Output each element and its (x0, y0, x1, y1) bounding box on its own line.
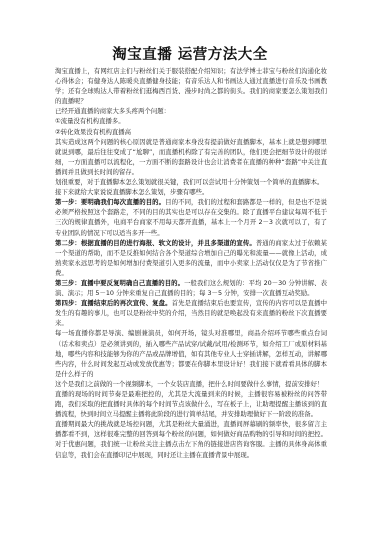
document-body: 淘宝直播上，有网红店主们与粉丝们关于服装搭配介绍知识；有法学博士菲宝与粉丝们沟通… (55, 66, 327, 460)
paragraph-problem-1: ①流量没有机构直播多。 (55, 116, 327, 126)
step-1-heading: 第一步：要明确我们每次直播的目的。 (55, 198, 165, 206)
paragraph-field-control: 直播期间最大的挑战就是场控问题，尤其是粉丝大量涌进，直播间屏幕刷的频率快，很多留… (55, 419, 327, 459)
step-4-heading: 第四步：直播结束后的再次宣传、复盘。 (55, 299, 172, 307)
paragraph-time-control: 直播的现场的时间节奏是最难把控的，尤其是大流量到来的时候，主播很容易被粉丝的问答… (55, 389, 327, 419)
paragraph-step-4: 第四步：直播结束后的再次宣传、复盘。首先是直播结束后也要宣传，宣传的内容可以是直… (55, 298, 327, 328)
paragraph-step-3: 第三步：直播中要反复明确自己直播的目的。一般我们这么规划的：平均 20－30 分… (55, 278, 327, 298)
step-3-heading: 第三步：直播中要反复明确自己直播的目的。 (55, 279, 184, 287)
paragraph-step-1: 第一步：要明确我们每次直播的目的。目的不同，我们的过程和套路都是一样的，但是也不… (55, 197, 327, 237)
paragraph-director: 每一场直播你都是导演、编剧兼演员，如何开场，镜头对准哪里，商品介绍环节哪些重点台… (55, 328, 327, 378)
paragraph-planning: 划很重要，对于直播脚本怎么策划就很关键，我们可以尝试用十分钟策划一个简单的直播脚… (55, 177, 327, 187)
paragraph-intro: 淘宝直播上，有网红店主们与粉丝们关于服装搭配介绍知识；有法学博士菲宝与粉丝们沟通… (55, 66, 327, 106)
paragraph-script-example: 这个是我们之前做的一个视频脚本，一个女装店直播，把什么时间要做什么事情，提前安排… (55, 379, 327, 389)
document-page: 淘宝直播 运营方法大全 淘宝直播上，有网红店主们与粉丝们关于服装搭配介绍知识；有… (0, 0, 380, 538)
paragraph-root-cause: 其实造成这两个问题的核心原因就是普通商家本身没有提前做好直播脚本，基本上就是想到… (55, 137, 327, 177)
document-title: 淘宝直播 运营方法大全 (0, 46, 380, 64)
paragraph-step-2: 第二步：根据直播的目的进行海报、软文的设计，并且多渠道的宣传。普通的商家太过于依… (55, 238, 327, 278)
paragraph-problems-lead: 已经开通直播的商家大多头疼两个问题： (55, 106, 327, 116)
paragraph-steps-intro: 接下来就给大家说说直播脚本怎么策划，步骤有哪些。 (55, 187, 327, 197)
step-2-heading: 第二步：根据直播的目的进行海报、软文的设计，并且多渠道的宣传。 (55, 239, 256, 247)
paragraph-problem-2: ②转化效果没有机构直播高 (55, 127, 327, 137)
